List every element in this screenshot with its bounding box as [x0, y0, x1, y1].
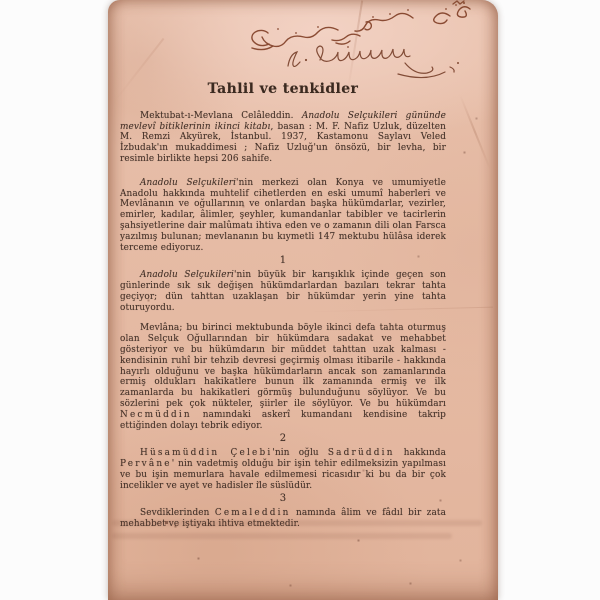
section-number: 1 — [120, 256, 446, 267]
text-segment: Anadolu Selçukileri — [140, 178, 236, 188]
text-segment: Hüsamüddin Çelebi — [140, 448, 272, 458]
page-title: Tahlil ve tenkidler — [120, 84, 446, 95]
text-segment: Mevlâna; bu birinci mektubunda böyle iki… — [120, 323, 446, 409]
section-number: 2 — [120, 434, 446, 445]
paragraph: Mevlâna; bu birinci mektubunda böyle iki… — [120, 323, 446, 431]
text-segment: Necmüddin — [120, 410, 192, 420]
text-segment: Sevdiklerinden — [140, 508, 215, 518]
paragraph: Mektubat-ı-Mevlana Celâleddin. Anadolu S… — [120, 111, 446, 165]
numbered-sections: 1Anadolu Selçukileri'nin büyük bir karış… — [120, 256, 446, 529]
text-segment: Mektubat-ı-Mevlana Celâleddin. — [140, 111, 302, 121]
paragraph: Anadolu Selçukileri'nin büyük bir karışı… — [120, 270, 446, 313]
section-number: 3 — [120, 494, 446, 505]
text-segment: Anadolu Selçukileri — [140, 270, 234, 280]
text-segment: Pervâne — [120, 459, 172, 469]
intro-paragraphs: Mektubat-ı-Mevlana Celâleddin. Anadolu S… — [120, 111, 446, 254]
paragraph: Anadolu Selçukileri'nin merkezi olan Kon… — [120, 178, 446, 254]
paragraph: Sevdiklerinden Cemaleddin namında âlim v… — [120, 508, 446, 530]
paragraph: Hüsamüddin Çelebi'nin oğlu Sadrüddin hak… — [120, 448, 446, 491]
paper-specks — [108, 0, 109, 1]
printed-text-block: Tahlil ve tenkidler Mektubat-ı-Mevlana C… — [120, 0, 446, 530]
text-segment: Cemaleddin — [215, 508, 291, 518]
text-segment: Sadrüddin — [328, 448, 395, 458]
paper-crease — [459, 95, 491, 170]
ink-showthrough — [112, 533, 452, 539]
book-page-scan: Tahlil ve tenkidler Mektubat-ı-Mevlana C… — [108, 0, 498, 600]
text-segment: hakkında — [395, 448, 446, 458]
text-segment: 'nin oğlu — [272, 448, 327, 458]
text-segment: 'nin merkezi olan Konya ve umumiyetle An… — [120, 178, 446, 253]
